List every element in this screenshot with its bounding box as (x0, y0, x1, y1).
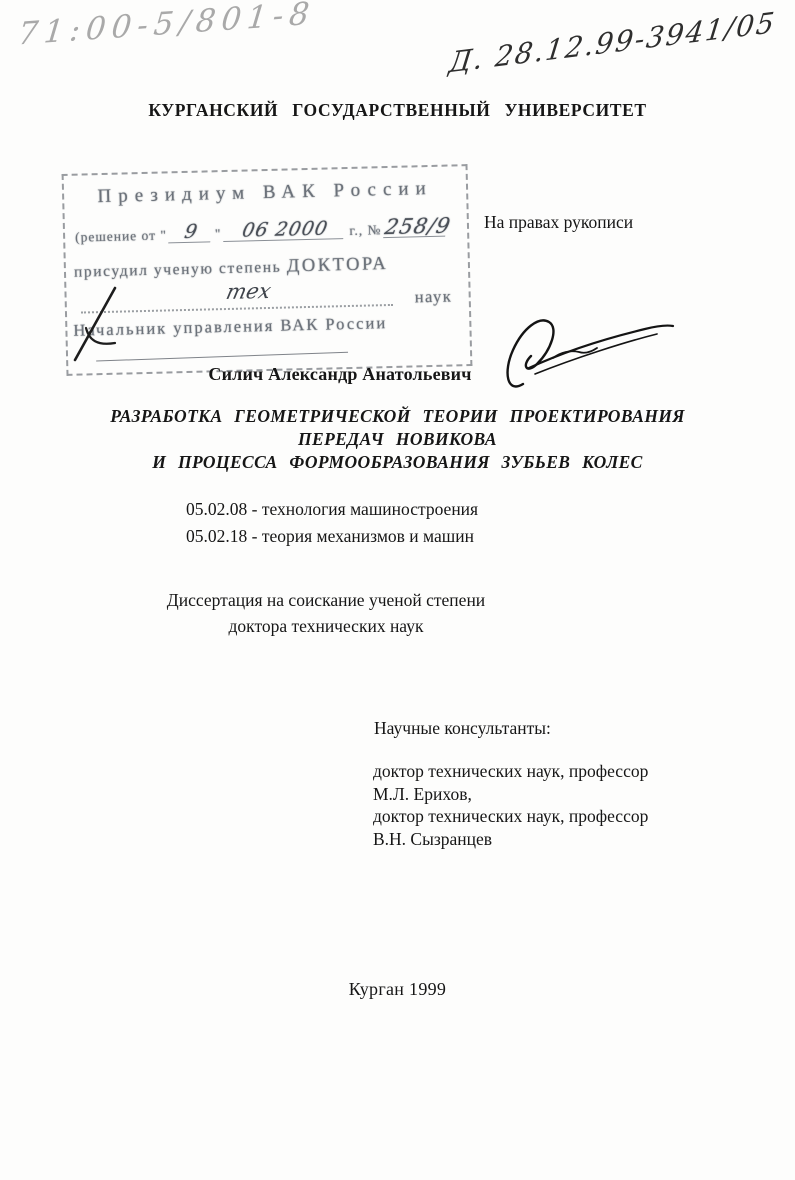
stamp-decision-prefix: (решение от " (75, 227, 167, 245)
author-name: Силич Александр Анатольевич (140, 364, 540, 385)
title-line-2: ПЕРЕДАЧ НОВИКОВА (0, 428, 795, 451)
consultant-line-2: М.Л. Ерихов, (373, 783, 648, 806)
university-name: КУРГАНСКИЙ ГОСУДАРСТВЕННЫЙ УНИВЕРСИТЕТ (0, 100, 795, 121)
handwritten-ink-code: Д. 28.12.99-3941/05 (447, 6, 778, 80)
stamp-degree-caps: ДОКТОРА (287, 254, 389, 276)
stamp-decision-suffix: г., № (349, 222, 381, 239)
manuscript-rights-note: На правах рукописи (484, 212, 633, 233)
dissertation-title-page: 71:00-5/801-8 Д. 28.12.99-3941/05 КУРГАН… (0, 0, 795, 1180)
specialty-code-1: 05.02.08 - технология машиностроения (186, 496, 478, 523)
stamp-decision-line: (решение от " 9 " 06 2000 г., № 258/9 (75, 216, 465, 246)
consultant-line-4: В.Н. Сызранцев (373, 828, 648, 851)
degree-line-1: Диссертация на соискание ученой степени (155, 587, 497, 613)
stamp-presidium-line: Президиум ВАК России (64, 177, 466, 209)
stamp-handwritten-monthyear: 06 2000 (224, 219, 348, 242)
specialty-code-2: 05.02.18 - теория механизмов и машин (186, 523, 478, 550)
degree-line-2: доктора технических наук (155, 613, 497, 639)
stamp-handwritten-day: 9 (168, 222, 214, 243)
stamp-decision-quote: " (215, 226, 222, 242)
consultant-line-1: доктор технических наук, профессор (373, 760, 648, 783)
degree-statement: Диссертация на соискание ученой степени … (155, 587, 497, 639)
consultant-line-3: доктор технических наук, профессор (373, 805, 648, 828)
city-year: Курган 1999 (0, 979, 795, 1000)
consultants-list: доктор технических наук, профессор М.Л. … (373, 760, 648, 850)
consultants-label: Научные консультанты: (374, 718, 551, 739)
title-line-1: РАЗРАБОТКА ГЕОМЕТРИЧЕСКОЙ ТЕОРИИ ПРОЕКТИ… (0, 405, 795, 428)
specialty-codes: 05.02.08 - технология машиностроения 05.… (186, 496, 478, 550)
stamp-handwritten-number: 258/9 (383, 217, 449, 239)
handwritten-checkmark-stroke (55, 276, 145, 374)
handwritten-pencil-code: 71:00-5/801-8 (16, 0, 316, 53)
title-line-3: И ПРОЦЕССА ФОРМООБРАЗОВАНИЯ ЗУБЬЕВ КОЛЕС (0, 451, 795, 474)
stamp-handwritten-branch: тех (224, 279, 274, 304)
dissertation-title: РАЗРАБОТКА ГЕОМЕТРИЧЕСКОЙ ТЕОРИИ ПРОЕКТИ… (0, 405, 795, 474)
stamp-nauk-label: наук (414, 286, 452, 307)
